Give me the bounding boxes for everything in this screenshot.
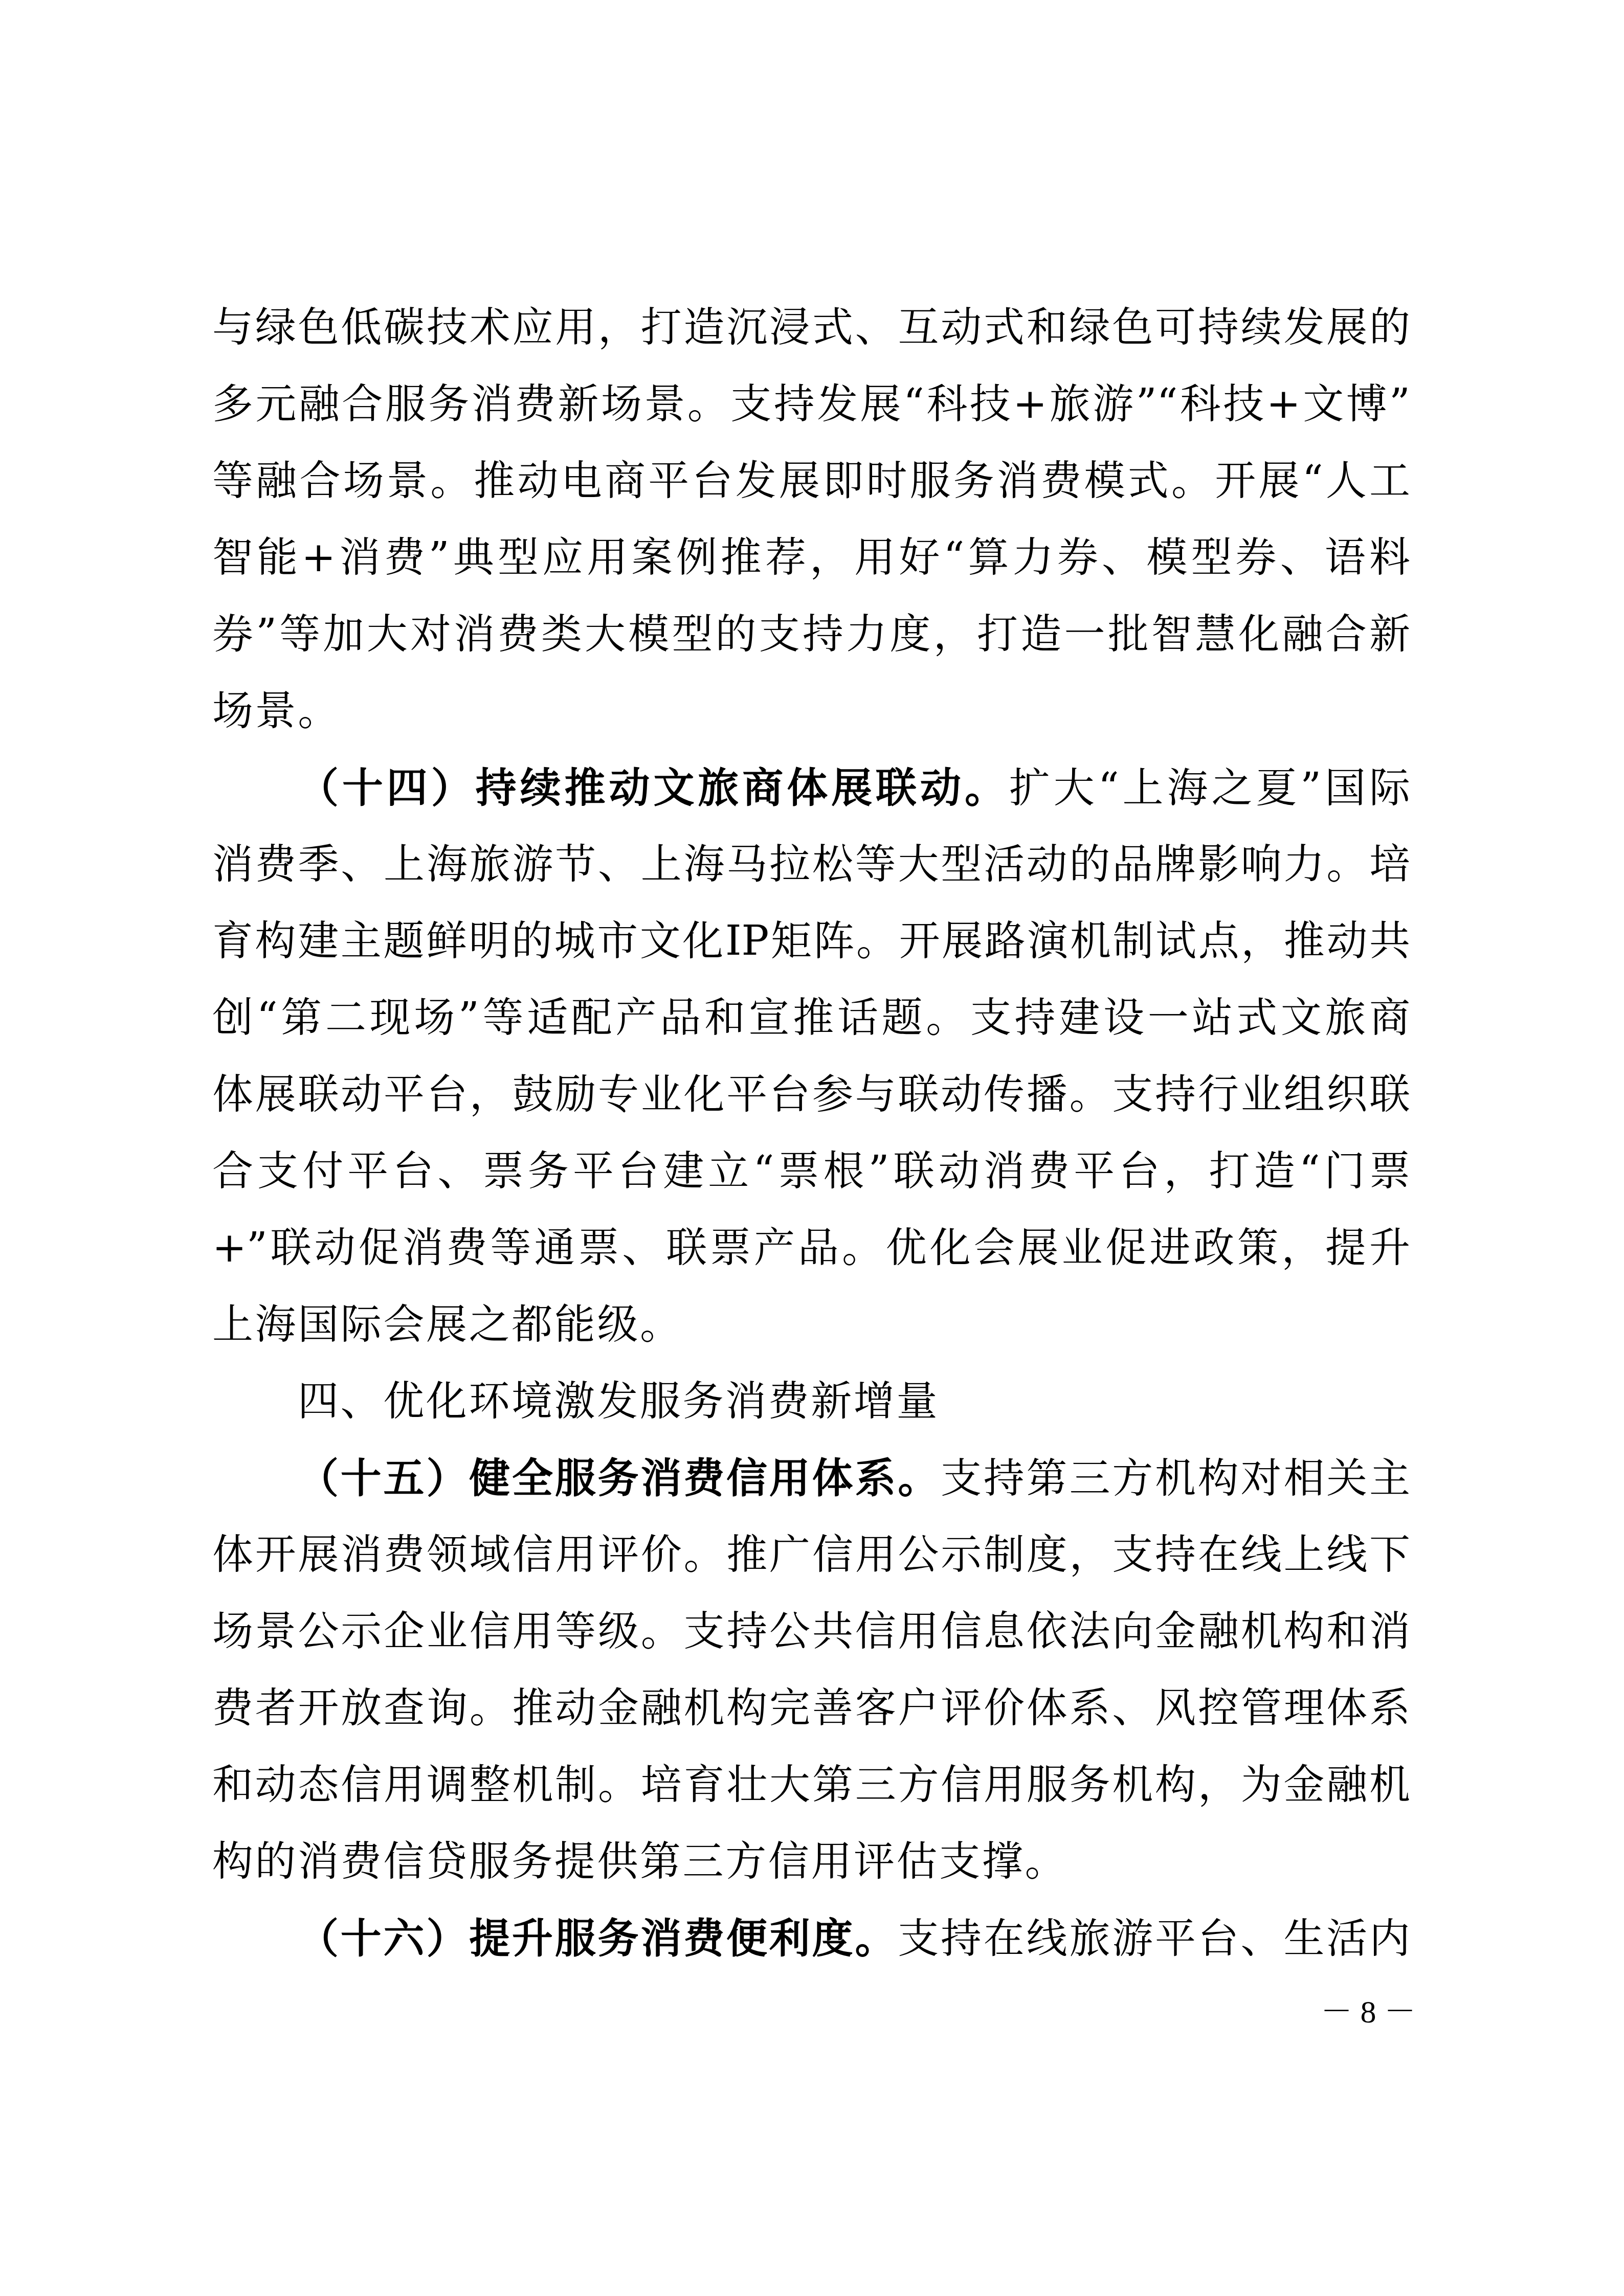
section-lead-line: （十六）提升服务消费便利度。支持在线旅游平台、生活内 (298, 1912, 1410, 1964)
body-line: 场景公示企业信用等级。支持公共信用信息依法向金融机构和消 (212, 1606, 1410, 1657)
body-line: 和动态信用调整机制。培育壮大第三方信用服务机构，为金融机 (212, 1759, 1410, 1810)
body-line: 体开展消费领域信用评价。推广信用公示制度，支持在线上线下 (212, 1529, 1410, 1580)
section-body-text: 支持第三方机构对相关主 (941, 1454, 1410, 1502)
body-line: 构的消费信贷服务提供第三方信用评估支撑。 (212, 1836, 1410, 1887)
body-line: +”联动促消费等通票、联票产品。优化会展业促进政策，提升 (212, 1222, 1410, 1273)
section-lead-line: （十五）健全服务消费信用体系。支持第三方机构对相关主 (298, 1452, 1410, 1503)
body-line: 体展联动平台，鼓励专业化平台参与联动传播。支持行业组织联 (212, 1069, 1410, 1120)
section-title-15: （十五）健全服务消费信用体系。 (298, 1454, 941, 1502)
document-page: 与绿色低碳技术应用，打造沉浸式、互动式和绿色可持续发展的 多元融合服务消费新场景… (0, 0, 1624, 2296)
body-line: 与绿色低碳技术应用，打造沉浸式、互动式和绿色可持续发展的 (212, 302, 1410, 353)
section-title-16: （十六）提升服务消费便利度。 (298, 1914, 898, 1962)
body-line: 合支付平台、票务平台建立“票根”联动消费平台，打造“门票 (212, 1145, 1410, 1197)
body-line: 券”等加大对消费类大模型的支持力度，打造一批智慧化融合新 (212, 609, 1410, 660)
body-line: 费者开放查询。推动金融机构完善客户评价体系、风控管理体系 (212, 1682, 1410, 1734)
body-line: 创“第二现场”等适配产品和宣推话题。支持建设一站式文旅商 (212, 992, 1410, 1043)
section-body-text: 支持在线旅游平台、生活内 (898, 1915, 1410, 1962)
section-lead-line: （十四）持续推动文旅商体展联动。扩大“上海之夏”国际 (298, 762, 1410, 813)
body-line: 上海国际会展之都能级。 (212, 1299, 1410, 1350)
body-line: 等融合场景。推动电商平台发展即时服务消费模式。开展“人工 (212, 455, 1410, 506)
body-line: 智能+消费”典型应用案例推荐，用好“算力券、模型券、语料 (212, 532, 1410, 583)
section-body-text: 扩大“上海之夏”国际 (1009, 764, 1410, 812)
page-number: － 8 － (1317, 1992, 1419, 2033)
section-title-14: （十四）持续推动文旅商体展联动。 (298, 763, 1009, 812)
chapter-heading: 四、优化环境激发服务消费新增量 (298, 1376, 1410, 1427)
body-line: 场景。 (212, 685, 1410, 736)
body-line: 多元融合服务消费新场景。支持发展“科技+旅游”“科技+文博” (212, 378, 1410, 430)
body-line: 育构建主题鲜明的城市文化IP矩阵。开展路演机制试点，推动共 (212, 915, 1410, 966)
body-line: 消费季、上海旅游节、上海马拉松等大型活动的品牌影响力。培 (212, 839, 1410, 890)
